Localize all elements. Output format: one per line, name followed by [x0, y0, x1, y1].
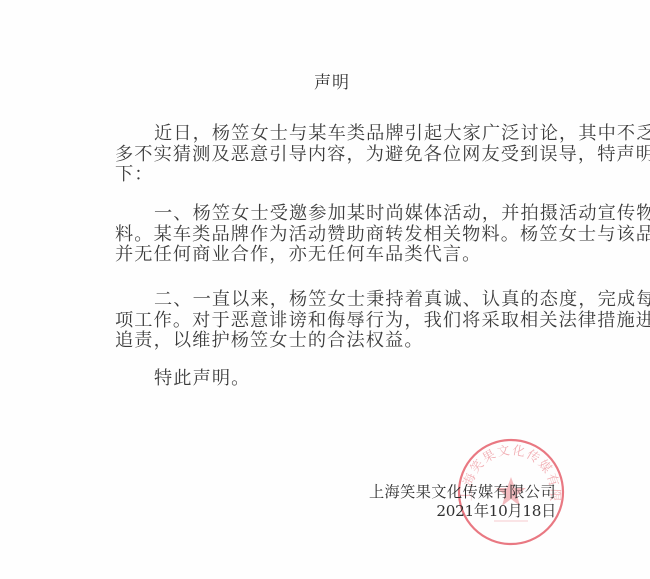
statement-page: 声明 近日，杨笠女士与某车类品牌引起大家广泛讨论，其中不乏诸 多不实猜测及恶意引… [0, 0, 650, 579]
text-line: 二、一直以来，杨笠女士秉持着真诚、认真的态度，完成每一 [115, 290, 547, 311]
text-line: 近日，杨笠女士与某车类品牌引起大家广泛讨论，其中不乏诸 [115, 124, 547, 145]
text-line: 项工作。对于恶意诽谤和侮辱行为，我们将采取相关法律措施进行 [115, 311, 547, 332]
text-line: 下： [115, 165, 547, 186]
text-line: 并无任何商业合作，亦无任何车品类代言。 [115, 245, 547, 266]
point-one-paragraph: 一、杨笠女士受邀参加某时尚媒体活动，并拍摄活动宣传物 料。某车类品牌作为活动赞助… [115, 204, 547, 266]
closing-paragraph: 特此声明。 [115, 369, 547, 390]
text-line: 一、杨笠女士受邀参加某时尚媒体活动，并拍摄活动宣传物 [115, 204, 547, 225]
text-line: 特此声明。 [115, 369, 547, 390]
point-two-paragraph: 二、一直以来，杨笠女士秉持着真诚、认真的态度，完成每一 项工作。对于恶意诽谤和侮… [115, 290, 547, 352]
document-title: 声明 [0, 72, 650, 94]
text-line: 料。某车类品牌作为活动赞助商转发相关物料。杨笠女士与该品牌 [115, 225, 547, 246]
signature-date: 2021年10月18日 [436, 501, 556, 521]
text-line: 追责，以维护杨笠女士的合法权益。 [115, 331, 547, 352]
signature-company: 上海笑果文化传媒有限公司 [369, 482, 556, 502]
text-line: 多不实猜测及恶意引导内容，为避免各位网友受到误导，特声明如 [115, 145, 547, 166]
intro-paragraph: 近日，杨笠女士与某车类品牌引起大家广泛讨论，其中不乏诸 多不实猜测及恶意引导内容… [115, 124, 547, 186]
